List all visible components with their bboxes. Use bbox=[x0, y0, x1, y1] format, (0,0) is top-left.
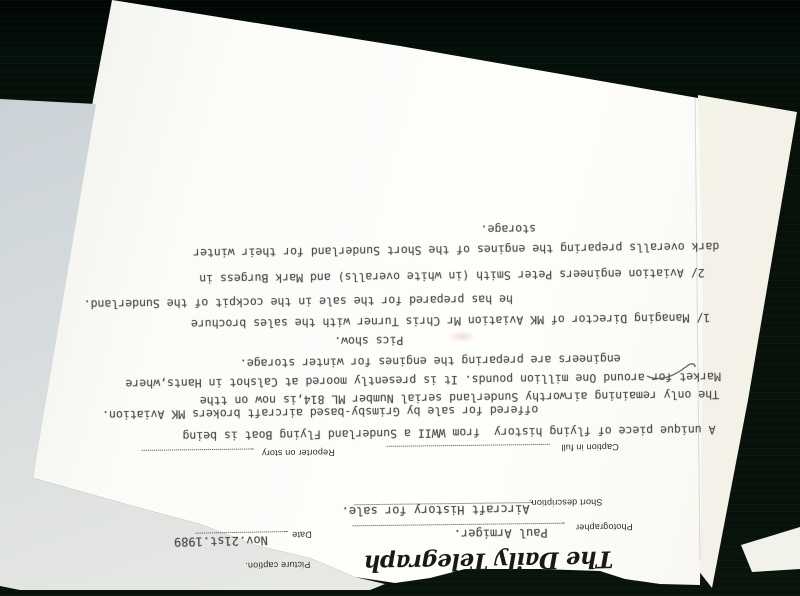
caption-line: A unique piece of flying history from WW… bbox=[182, 423, 715, 444]
caption-line: he has prepared for the sale in the cock… bbox=[84, 292, 513, 311]
caption-line: 1/ Managing Director of MK Aviation Mr C… bbox=[191, 311, 710, 331]
form-content-upside-down: Photographer Paul Armiger. Short descrip… bbox=[27, 46, 723, 566]
caption-line: storage. bbox=[481, 222, 537, 237]
caption-in-full-dotted-line bbox=[387, 444, 550, 448]
gray-form-content-upside-down: The Daily Telegraph Picture caption. Dat… bbox=[119, 495, 691, 596]
caption-line: 2/ Aviation engineers Peter Smith (in wh… bbox=[199, 266, 705, 286]
reporter-dotted-line bbox=[142, 448, 254, 451]
archive-photo-scene: Photographer Paul Armiger. Short descrip… bbox=[0, 0, 800, 596]
date-value: Nov.21st.1989 bbox=[174, 533, 268, 549]
reporter-on-story-label: Reporter on story bbox=[262, 448, 335, 459]
caption-line: Pics show. bbox=[334, 334, 403, 349]
caption-line: engineers are preparing the engines for … bbox=[240, 352, 621, 371]
daily-telegraph-masthead: The Daily Telegraph bbox=[364, 545, 613, 576]
pen-mark bbox=[645, 358, 699, 386]
caption-in-full-label: Caption in full bbox=[561, 442, 619, 453]
picture-caption-label: Picture caption. bbox=[245, 560, 310, 571]
caption-line: dark overalls preparing the engines of t… bbox=[193, 240, 719, 260]
date-label: Date bbox=[292, 530, 312, 540]
